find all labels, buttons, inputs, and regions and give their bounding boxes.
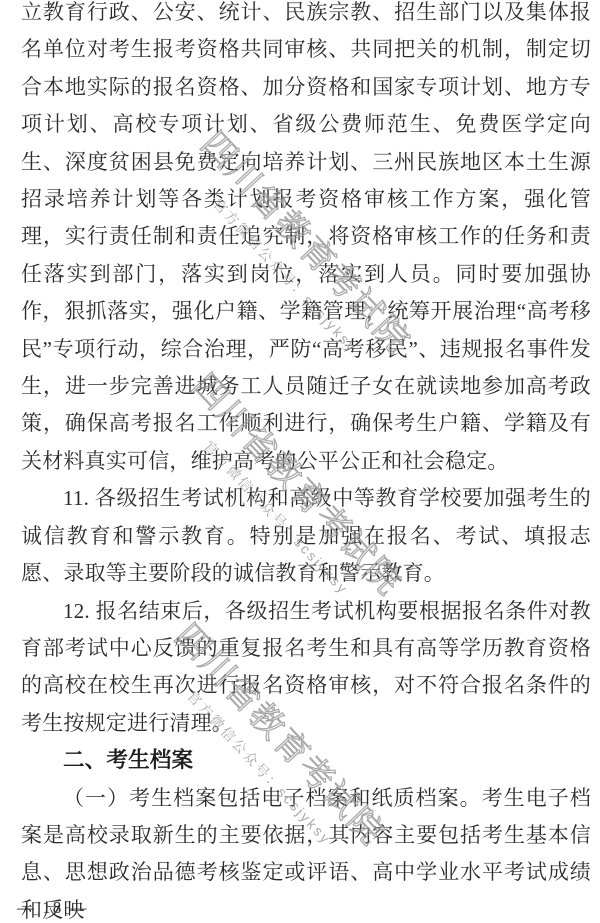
document-body: 立教育行政、公安、统计、民族宗教、招生部门以及集体报名单位对考生报考资格共同审核…: [21, 0, 591, 923]
body-paragraph: （一）考生档案包括电子档案和纸质档案。考生电子档案是高校录取新生的主要依据，其内…: [21, 780, 591, 923]
page-number: — 18 —: [17, 898, 89, 918]
body-paragraph: 11. 各级招生考试机构和高级中等教育学校要加强考生的诚信教育和警示教育。特别是…: [21, 480, 591, 592]
section-heading: 二、考生档案: [21, 742, 591, 779]
body-paragraph: 12. 报名结束后，各级招生考试机构要根据报名条件对教育部考试中心反馈的重复报名…: [21, 593, 591, 743]
body-paragraph: 立教育行政、公安、统计、民族宗教、招生部门以及集体报名单位对考生报考资格共同审核…: [21, 0, 591, 480]
document-page: 立教育行政、公安、统计、民族宗教、招生部门以及集体报名单位对考生报考资格共同审核…: [0, 0, 600, 923]
